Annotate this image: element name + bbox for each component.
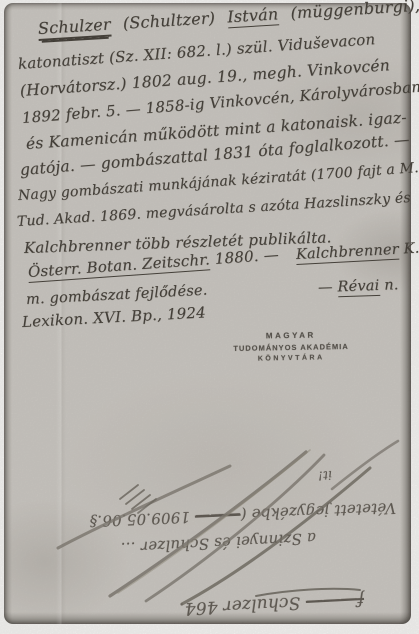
stamp-line-1: MAGYAR [224,330,358,341]
pencil-note-struck: ——— [195,506,241,526]
author-initial: K. [398,241,419,258]
pencil-note-line: f——— Schulzer 464. [179,590,365,617]
pencil-note-line: Vétetett jegyzékbe (——— 1909.05.06.§ [89,500,396,528]
lexicon-dash: — [318,279,338,296]
journal-year: 1880. — [209,245,279,268]
surname: Schulzer [37,15,111,41]
pencil-note-text: Schulzer 464. [179,592,307,619]
pencil-note-struck: f——— [305,589,364,612]
epithet: (müggenburgi), ny. [290,0,419,23]
pencil-notes-rotated-180: f——— Schulzer 464. a Szinnyei és Schulze… [16,451,408,619]
pencil-note-date: 1909.05.06.§ [89,508,195,531]
pencil-note-line: a Szinnyei és Schulzer … [120,530,316,555]
index-card: Schulzer (Schultzer) István (müggenburgi… [4,3,411,624]
pencil-note-text: Vétetett jegyzékbe ( [240,499,396,524]
reference-volume-line: Lexikon. XVI. Bp., 1924 [22,305,207,330]
lexicon-name: Révai [337,278,380,297]
pencil-note-line: it! [318,469,333,482]
given-name: István [227,4,279,28]
surname-alt: (Schultzer) [122,8,215,33]
stamp-line-3: KÖNYVTÁRA [224,354,358,363]
lexicon-abbr: n. [379,277,399,294]
library-stamp: MAGYAR TUDOMÁNYOS AKADÉMIA KÖNYVTÁRA [224,330,359,363]
reference-lexicon-line: — Révai n. [318,278,399,295]
stamp-line-2: TUDOMÁNYOS AKADÉMIA [224,342,358,353]
